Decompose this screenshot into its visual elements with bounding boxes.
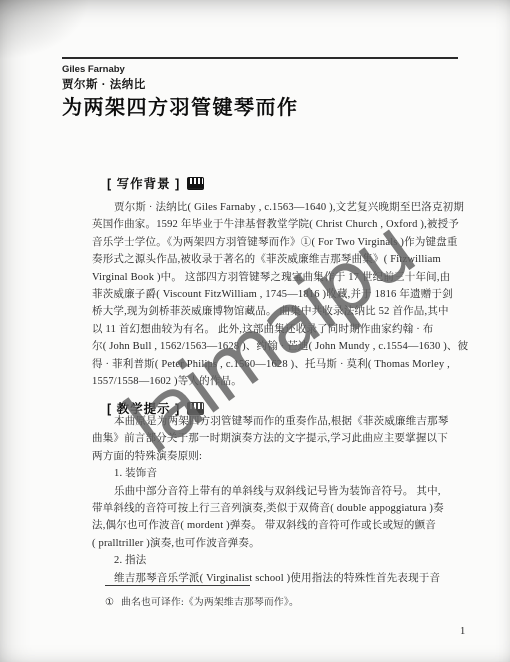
text-line: 英国作曲家。1592 年毕业于牛津基督教堂学院( Christ Church ,… [92,216,464,233]
text-line: Virginal Book )中。 这部四方羽管键琴之瑰宝曲集作于 17 世纪前… [92,269,464,286]
text-line: 尔( John Bull , 1562/1563—1628 )、约翰 · 芒迪(… [92,338,464,355]
author-name-zh: 贾尔斯 · 法纳比 [62,76,146,92]
footnote: ①曲名也可译作:《为两架维吉那琴而作》。 [105,594,299,608]
author-name-en: Giles Farnaby [62,64,125,75]
text-line: 法,偶尔也可作波音( mordent )弹奏。 带双斜线的音符可作或长或短的颤音 [92,517,464,534]
page-number: 1 [460,626,465,637]
teaching-tips-paragraph: 本曲原是为两架四方羽管键琴而作的重奏作品,根据《菲茨威廉维吉那琴 曲集》前言部分… [92,413,464,587]
footnote-text: 曲名也可译作:《为两架维吉那琴而作》。 [121,597,299,608]
text-line: ( pralltriller )演奏,也可作波音弹奏。 [92,535,464,552]
text-line: 音乐学士学位。《为两架四方羽管键琴而作》①( For Two Virginals… [92,234,464,251]
text-line: 1557/1558—1602 )等人的作品。 [92,373,464,390]
piece-title: 为两架四方羽管键琴而作 [62,91,299,120]
text-line: 本曲原是为两架四方羽管键琴而作的重奏作品,根据《菲茨威廉维吉那琴 [92,413,464,430]
text-line: 带单斜线的音符可按上行三音列演奏,类似于双倚音( double appoggia… [92,500,464,517]
book-page: Giles Farnaby 贾尔斯 · 法纳比 为两架四方羽管键琴而作 [ 写作… [0,0,510,662]
header-rule [62,57,458,59]
footnote-divider [105,585,250,586]
background-paragraph: 贾尔斯 · 法纳比( Giles Farnaby , c.1563—1640 )… [92,199,464,390]
text-line: 贾尔斯 · 法纳比( Giles Farnaby , c.1563—1640 )… [92,199,464,216]
text-line: 2. 指法 [92,552,464,569]
text-line: 得 · 菲利普斯( Peter Philips , c.1560—1628 )、… [92,356,464,373]
text-line: 以 11 首幻想曲较为有名。 此外,这部曲集还收录了同时期作曲家约翰 · 布 [92,321,464,338]
footnote-marker: ① [105,597,114,608]
text-line: 桥大学,现为剑桥菲茨威廉博物馆藏品。 曲集中共收录法纳比 52 首作品,其中 [92,303,464,320]
text-line: 曲集》前言部分关于那一时期演奏方法的文字提示,学习此曲应主要掌握以下 [92,430,464,447]
section-heading-label: [ 写作背景 ] [107,174,180,192]
text-line: 奏形式之源头作品,被收录于著名的《菲茨威廉维吉那琴曲集》( Fitzwillia… [92,251,464,268]
text-line: 乐曲中部分音符上带有的单斜线与双斜线记号皆为装饰音符号。 其中, [92,483,464,500]
section-heading-background: [ 写作背景 ] [107,174,204,192]
text-line: 1. 装饰音 [92,465,464,482]
text-line: 两方面的特殊演奏原则: [92,448,464,465]
text-line: 菲茨威廉子爵( Viscount FitzWilliam , 1745—1816… [92,286,464,303]
piano-keys-icon [187,177,204,190]
